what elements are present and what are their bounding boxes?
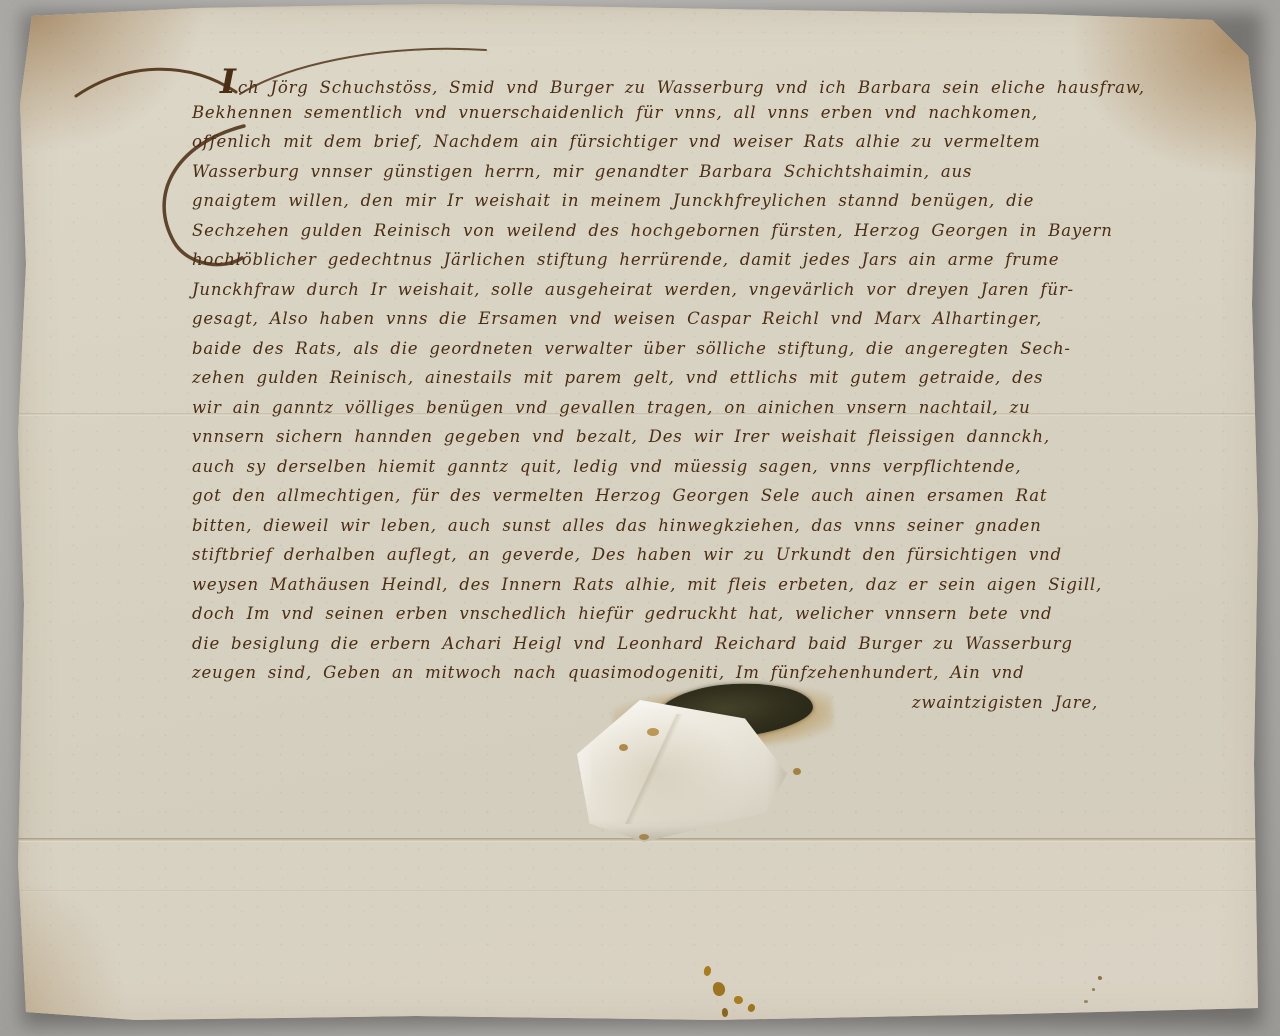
manuscript-line: auch sy derselben hiemit ganntz quit, le… bbox=[192, 452, 1202, 482]
manuscript-line: Wasserburg vnnser günstigen herrn, mir g… bbox=[192, 157, 1202, 187]
foxing-spot bbox=[1098, 976, 1102, 980]
manuscript-line: got den allmechtigen, für des vermelten … bbox=[192, 481, 1202, 511]
seal-stain-dot bbox=[647, 728, 659, 736]
manuscript-line: weysen Mathäusen Heindl, des Innern Rats… bbox=[192, 570, 1202, 600]
wax-speck bbox=[703, 965, 712, 976]
document-paper: Ich Jörg Schuchstöss, Smid vnd Burger zu… bbox=[16, 4, 1264, 1026]
wax-speck bbox=[734, 996, 743, 1004]
manuscript-line: Junckhfraw durch Ir weishait, solle ausg… bbox=[192, 275, 1202, 305]
fold-crease-lower bbox=[16, 890, 1264, 892]
wax-seal bbox=[561, 684, 831, 854]
manuscript-line: die besiglung die erbern Achari Heigl vn… bbox=[192, 629, 1202, 659]
manuscript-line: wir ain ganntz völliges benügen vnd geva… bbox=[192, 393, 1202, 423]
manuscript-line: doch Im vnd seinen erben vnschedlich hie… bbox=[192, 599, 1202, 629]
seal-stain-dot bbox=[793, 768, 801, 775]
manuscript-line: Ich Jörg Schuchstöss, Smid vnd Burger zu… bbox=[192, 68, 1202, 98]
manuscript-line: hochlöblicher gedechtnus Järlichen stift… bbox=[192, 245, 1202, 275]
manuscript-line: gesagt, Also haben vnns die Ersamen vnd … bbox=[192, 304, 1202, 334]
wax-speck bbox=[722, 1008, 728, 1017]
manuscript-line: bitten, dieweil wir leben, auch sunst al… bbox=[192, 511, 1202, 541]
paper-stain-bottom-left bbox=[16, 866, 136, 1026]
lower-fold-flap bbox=[16, 842, 1264, 1026]
manuscript-line: offenlich mit dem brief, Nachdem ain für… bbox=[192, 127, 1202, 157]
manuscript-line: baide des Rats, als die geordneten verwa… bbox=[192, 334, 1202, 364]
foxing-spot bbox=[1092, 988, 1095, 991]
photo-background: Ich Jörg Schuchstöss, Smid vnd Burger zu… bbox=[0, 0, 1280, 1036]
manuscript-line: gnaigtem willen, den mir Ir weishait in … bbox=[192, 186, 1202, 216]
wax-speck bbox=[712, 981, 726, 997]
wax-speck bbox=[746, 1003, 756, 1013]
seal-stain-dot bbox=[619, 744, 628, 751]
foxing-spot bbox=[1084, 1000, 1088, 1003]
manuscript-line: vnnsern sichern hannden gegeben vnd beza… bbox=[192, 422, 1202, 452]
manuscript-line: Sechzehen gulden Reinisch von weilend de… bbox=[192, 216, 1202, 246]
manuscript-text: Ich Jörg Schuchstöss, Smid vnd Burger zu… bbox=[192, 68, 1202, 717]
manuscript-line: stiftbrief derhalben auflegt, an geverde… bbox=[192, 540, 1202, 570]
paper-stain-top-left bbox=[16, 4, 206, 154]
seal-stain-dot bbox=[639, 834, 649, 840]
manuscript-line: Bekhennen sementlich vnd vnuerschaidenli… bbox=[192, 98, 1202, 128]
manuscript-line: zehen gulden Reinisch, ainestails mit pa… bbox=[192, 363, 1202, 393]
